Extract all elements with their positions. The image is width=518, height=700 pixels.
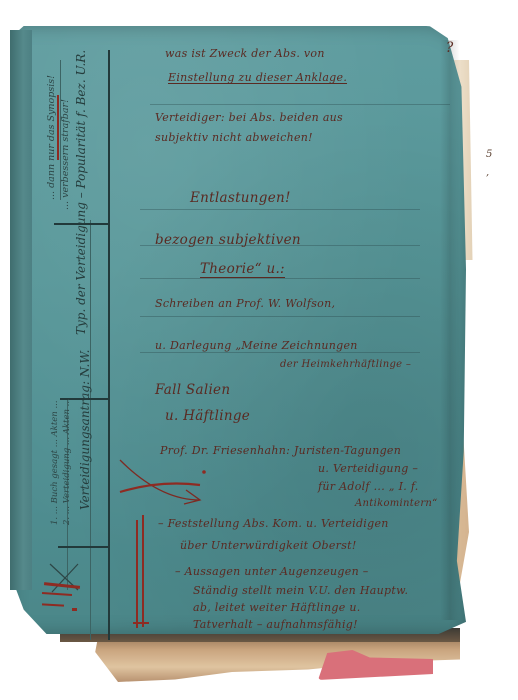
note-line: was ist Zweck der Abs. von	[165, 48, 325, 59]
note-line: für Adolf ... „ I. f.	[318, 481, 419, 492]
note-line: Tatverhalt – aufnahmsfähig!	[193, 619, 358, 630]
ruled-line	[140, 316, 420, 317]
back-paper-mark: ,	[486, 168, 489, 178]
note-line: – Feststellung Abs. Kom. u. Verteidigen	[158, 518, 389, 529]
note-line: über Unterwürdigkeit Oberst!	[180, 540, 357, 551]
note-line: Fall Salien	[155, 384, 230, 398]
note-heading: Entlastungen!	[190, 192, 291, 206]
note-line: der Heimkehrhäftlinge –	[280, 360, 411, 370]
note-line: u. Häftlinge	[165, 410, 250, 424]
spine-red-underline	[57, 95, 59, 160]
red-numeral-stroke	[136, 520, 138, 628]
note-line: Prof. Dr. Friesenhahn: Juristen-Tagungen	[160, 445, 401, 456]
folder-spine	[10, 30, 32, 590]
note-line: subjektiv nicht abweichen!	[155, 132, 313, 143]
ruled-line	[140, 352, 420, 353]
horizontal-rule	[58, 546, 110, 548]
note-line: ab, leitet weiter Häftlinge u.	[193, 602, 361, 613]
note-line: Einstellung zu dieser Anklage.	[168, 72, 347, 84]
ruled-line	[140, 209, 420, 210]
spine-note: ... verbessern strafbar!	[60, 99, 71, 210]
red-pencil-dot	[72, 608, 77, 611]
ruled-line	[150, 104, 450, 105]
note-line: u. Darlegung „Meine Zeichnungen	[155, 340, 358, 351]
note-line: Ständig stellt mein V.U. den Hauptw.	[193, 585, 408, 596]
spine-note: 2. ... Verteidigung ... Akten ...	[62, 398, 72, 525]
spine-note-main: Typ. der Verteidigung – Popularität f. B…	[74, 50, 88, 335]
ruled-line	[140, 278, 420, 279]
red-numeral-stroke	[142, 515, 144, 627]
red-numeral-base	[133, 622, 149, 624]
vertical-rule	[108, 50, 110, 640]
note-line: u. Verteidigung –	[318, 463, 418, 474]
spine-note-main: Verteidigungsantrag: N.W.	[78, 350, 92, 510]
spine-note: ... dann nur das Synopsis!	[46, 75, 57, 200]
note-line: – Aussagen unter Augenzeugen –	[175, 566, 369, 577]
question-mark: ?	[446, 42, 454, 56]
note-line: Schreiben an Prof. W. Wolfson,	[155, 298, 335, 309]
note-line: bezogen subjektiven	[155, 234, 301, 248]
note-line: Antikomintern“	[355, 499, 438, 509]
note-line: Theorie“ u.:	[200, 263, 285, 278]
back-paper-mark: 5	[486, 150, 493, 160]
note-line: Verteidiger: bei Abs. beiden aus	[155, 112, 343, 123]
folder-crease	[440, 40, 460, 620]
spine-note: 1. ... Buch gesagt ... Akten ...	[50, 400, 60, 525]
